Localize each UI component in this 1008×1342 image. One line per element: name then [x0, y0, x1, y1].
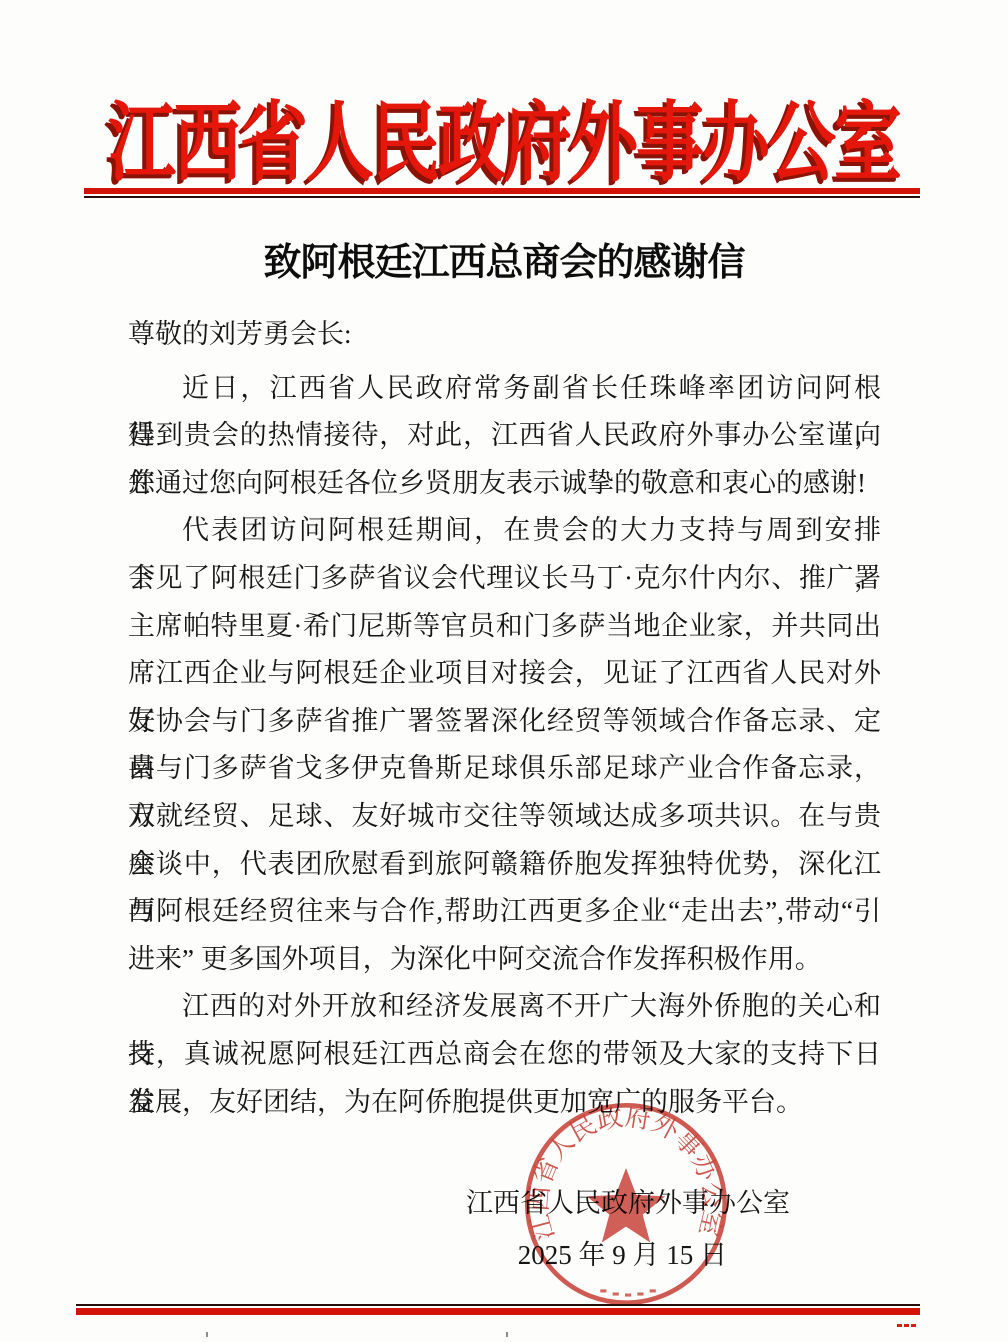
body-line: 江西的对外开放和经济发展离不开广大海外侨胞的关心和支	[128, 983, 881, 1031]
letter-body: 尊敬的刘芳勇会长: 近日，江西省人民政府常务副省长任珠峰率团访问阿根廷， 得到贵…	[128, 311, 881, 1126]
body-line: 县与门多萨省戈多伊克鲁斯足球俱乐部足球产业合作备忘录，双	[128, 745, 881, 793]
body-line: 席江西企业与阿根廷企业项目对接会，见证了江西省人民对外友	[128, 650, 881, 698]
scan-artifact	[897, 1314, 923, 1320]
divider-red-band	[76, 1308, 920, 1315]
divider-dark-band	[84, 196, 920, 198]
official-seal: 江西省人民政府外事办公室	[518, 1096, 734, 1312]
body-line: 方就经贸、足球、友好城市交往等领域达成多项共识。在与贵会	[128, 793, 881, 841]
letterhead-title: 江西省人民政府外事办公室	[0, 74, 1008, 198]
paragraph-2: 代表团访问阿根廷期间，在贵会的大力支持与周到安排下， 会见了阿根廷门多萨省议会代…	[128, 507, 881, 983]
letter-title: 致阿根廷江西总商会的感谢信	[0, 231, 1008, 286]
body-line: 与阿根廷经贸往来与合作,帮助江西更多企业“走出去”,带动“引	[128, 888, 881, 936]
seal-star-icon	[587, 1168, 665, 1242]
letterhead-divider	[84, 188, 920, 198]
seal-serial-marks	[600, 1289, 656, 1296]
body-line: 得到贵会的热情接待，对此，江西省人民政府外事办公室谨向您	[128, 412, 881, 460]
footer-divider	[76, 1304, 920, 1315]
body-line: 好协会与门多萨省推广署签署深化经贸等领域合作备忘录、定南	[128, 698, 881, 746]
letter-page: 江西省人民政府外事办公室 致阿根廷江西总商会的感谢信 尊敬的刘芳勇会长: 近日，…	[0, 0, 1008, 1342]
body-line: 会见了阿根廷门多萨省议会代理议长马丁·克尔什内尔、推广署	[128, 555, 881, 603]
body-line: 发展，友好团结，为在阿侨胞提供更加宽广的服务平台。	[128, 1079, 881, 1127]
salutation: 尊敬的刘芳勇会长:	[128, 311, 881, 359]
body-line: 持，真诚祝愿阿根廷江西总商会在您的带领及大家的支持下日益	[128, 1031, 881, 1079]
body-line: 并通过您向阿根廷各位乡贤朋友表示诚挚的敬意和衷心的感谢!	[128, 460, 881, 508]
body-line: 座谈中，代表团欣慰看到旅阿赣籍侨胞发挥独特优势，深化江西	[128, 841, 881, 889]
body-line: 主席帕特里夏·希门尼斯等官员和门多萨当地企业家，并共同出	[128, 603, 881, 651]
body-line: 近日，江西省人民政府常务副省长任珠峰率团访问阿根廷，	[128, 365, 881, 413]
body-line: 代表团访问阿根廷期间，在贵会的大力支持与周到安排下，	[128, 507, 881, 555]
scan-speck	[506, 1332, 508, 1337]
paragraph-1: 近日，江西省人民政府常务副省长任珠峰率团访问阿根廷， 得到贵会的热情接待，对此，…	[128, 365, 881, 508]
paragraph-3: 江西的对外开放和经济发展离不开广大海外侨胞的关心和支 持，真诚祝愿阿根廷江西总商…	[128, 983, 881, 1126]
scan-speck	[206, 1332, 208, 1337]
body-line: 进来” 更多国外项目，为深化中阿交流合作发挥积极作用。	[128, 936, 881, 984]
